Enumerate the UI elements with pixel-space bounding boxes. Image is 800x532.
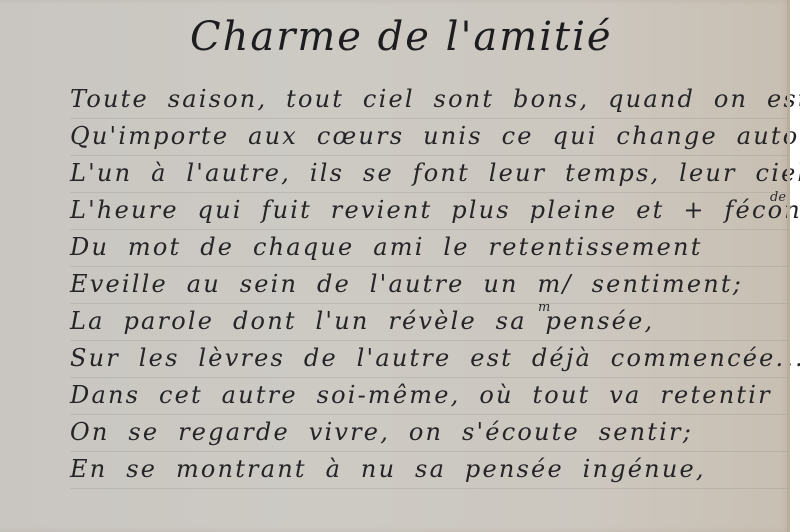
poem-line-11: En se montrant à nu sa pensée ingénue,: [70, 450, 790, 489]
poem-line-4: L'heure qui fuit revient plus pleine et …: [70, 191, 790, 230]
poem-line-8: Sur les lèvres de l'autre est déjà comme…: [70, 339, 790, 378]
page-title: Charme de l'amitié: [190, 14, 613, 60]
poem-line-10: On se regarde vivre, on s'écoute sentir;: [70, 413, 790, 452]
poem-line-7: La parole dont l'un révèle sa pensée,: [70, 302, 790, 341]
poem-line-5: Du mot de chaque ami le retentissement: [70, 228, 790, 267]
poem-line-3: L'un à l'autre, ils se font leur temps, …: [70, 154, 790, 193]
poem-line-2: Qu'importe aux cœurs unis ce qui change …: [70, 117, 790, 156]
interlinear-annotation: m: [538, 300, 550, 315]
poem-line-1: Toute saison, tout ciel sont bons, quand…: [70, 80, 790, 119]
margin-annotation: de: [770, 190, 786, 205]
handwritten-page: Charme de l'amitié Toute saison, tout ci…: [0, 0, 790, 532]
poem-line-6: Eveille au sein de l'autre un m/ sentime…: [70, 265, 790, 304]
poem-line-9: Dans cet autre soi-même, où tout va rete…: [70, 376, 790, 415]
